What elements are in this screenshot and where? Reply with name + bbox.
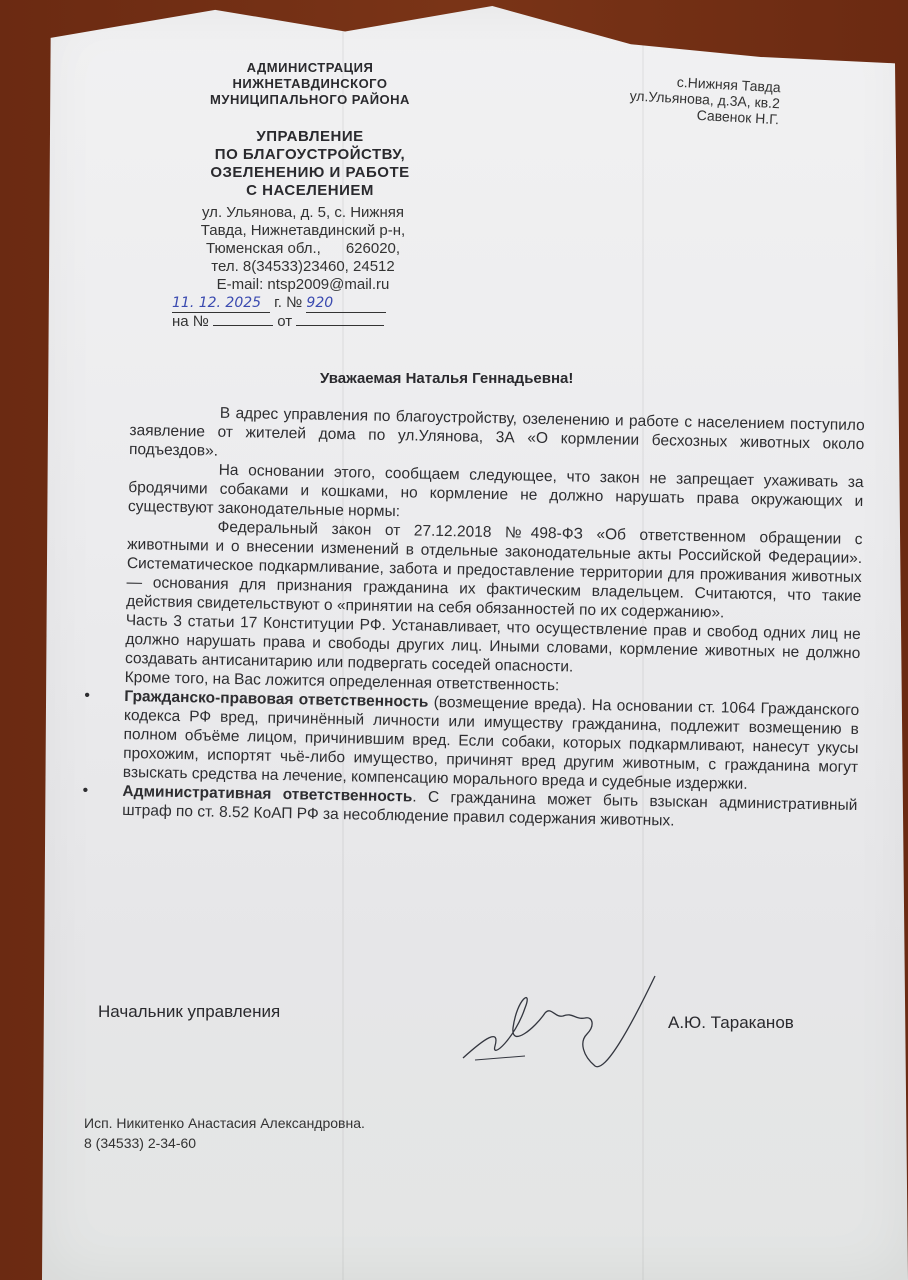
executor-phone: 8 (34533) 2-34-60 [84, 1133, 365, 1153]
date-number-line: 11. 12. 2025 г. № 920 [168, 294, 438, 313]
paragraph: Федеральный закон от 27.12.2018 №498-ФЗ … [126, 516, 863, 625]
year-suffix: г. [274, 294, 282, 311]
bullet-icon: • [82, 781, 88, 800]
address-line: тел. 8(34533)23460, 24512 [168, 258, 438, 276]
executor-info: Исп. Никитенко Анастасия Александровна. … [84, 1113, 365, 1153]
list-item: • Гражданско-правовая ответственность (в… [123, 687, 860, 796]
reply-label: на № [172, 313, 209, 330]
number-handwritten: 920 [306, 294, 386, 313]
bullet-icon: • [84, 686, 90, 705]
reply-date-blank [296, 313, 384, 326]
address-line: Тюменская обл., 626020, [168, 240, 438, 258]
date-handwritten: 11. 12. 2025 [172, 294, 270, 313]
department-header: УПРАВЛЕНИЕ ПО БЛАГОУСТРОЙСТВУ, ОЗЕЛЕНЕНИ… [150, 128, 470, 200]
department-address: ул. Ульянова, д. 5, с. Нижняя Тавда, Ниж… [168, 204, 438, 331]
reply-line: на № от [168, 313, 438, 331]
address-line: Тавда, Нижнетавдинский р-н, [168, 222, 438, 240]
dept-line: ПО БЛАГОУСТРОЙСТВУ, [150, 146, 470, 164]
executor-name: Исп. Никитенко Анастасия Александровна. [84, 1113, 365, 1133]
liability-list: • Гражданско-правовая ответственность (в… [122, 687, 859, 834]
letter-body: В адрес управления по благоустройству, о… [122, 402, 865, 834]
list-item-text: (возмещение вреда). На основании ст. 106… [123, 694, 860, 793]
email-line: E-mail: ntsp2009@mail.ru [168, 276, 438, 294]
organization-header: АДМИНИСТРАЦИЯ НИЖНЕТАВДИНСКОГО МУНИЦИПАЛ… [150, 60, 470, 108]
dept-line: ОЗЕЛЕНЕНИЮ И РАБОТЕ [150, 164, 470, 182]
org-line: АДМИНИСТРАЦИЯ [150, 60, 470, 76]
signatory-name: А.Ю. Тараканов [668, 1013, 794, 1033]
org-line: НИЖНЕТАВДИНСКОГО [150, 76, 470, 92]
signature-icon [455, 968, 685, 1078]
reply-number-blank [213, 313, 273, 326]
address-line: ул. Ульянова, д. 5, с. Нижняя [168, 204, 438, 222]
org-line: МУНИЦИПАЛЬНОГО РАЙОНА [150, 92, 470, 108]
from-label: от [277, 313, 292, 330]
dept-line: УПРАВЛЕНИЕ [150, 128, 470, 146]
signatory-role: Начальник управления [98, 1002, 280, 1022]
greeting: Уважаемая Наталья Геннадьевна! [320, 370, 573, 387]
dept-line: С НАСЕЛЕНИЕМ [150, 182, 470, 200]
number-label: № [286, 294, 302, 311]
